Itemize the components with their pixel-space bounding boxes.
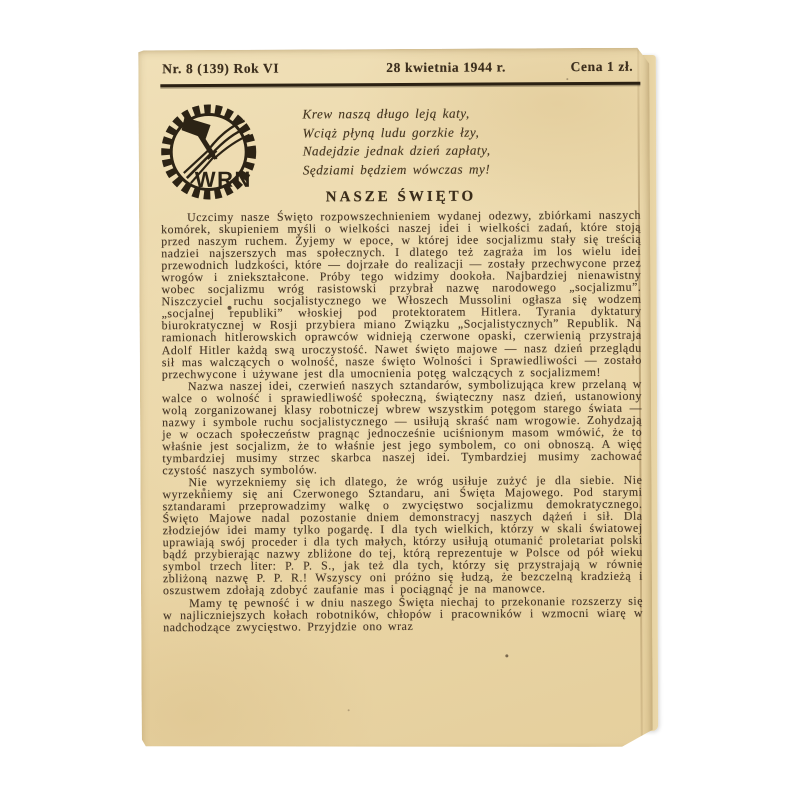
scan-background: Nr. 8 (139) Rok VI 28 kwietnia 1944 r. C… xyxy=(0,0,800,800)
poem-line: Nadejdzie jednak dzień zapłaty, xyxy=(303,142,491,162)
hammer-head-icon xyxy=(182,117,211,139)
article-title: NASZE ŚWIĘTO xyxy=(161,188,641,208)
ink-speck xyxy=(228,306,232,310)
poem-line: Wciąż płyną ludu gorzkie łzy, xyxy=(303,123,491,143)
ink-speck xyxy=(348,709,350,711)
wrn-gear-logo-icon: WRN xyxy=(158,102,259,203)
wrn-emblem: WRN xyxy=(158,102,259,203)
masthead-rule xyxy=(160,82,640,88)
ink-speck xyxy=(505,654,508,657)
poem-line: Sędziami będziem wówczas my! xyxy=(303,160,491,180)
newspaper-page: Nr. 8 (139) Rok VI 28 kwietnia 1944 r. C… xyxy=(138,48,653,750)
article-paragraph: Nazwa naszej idei, czerwień naszych szta… xyxy=(162,377,642,476)
article-body: Uczcimy nasze Święto rozpowszechnieniem … xyxy=(161,209,643,633)
masthead-price: Cena 1 zł. xyxy=(571,59,634,75)
wrn-logo-text: WRN xyxy=(195,167,252,192)
masthead-date: 28 kwietnia 1944 r. xyxy=(386,59,506,76)
ink-speck xyxy=(202,488,205,491)
masthead-issue-number: Nr. 8 (139) Rok VI xyxy=(162,61,279,78)
article-paragraph: Mamy tę pewność i w dniu naszego Święta … xyxy=(163,594,643,633)
article-paragraph: Uczcimy nasze Święto rozpowszechnieniem … xyxy=(161,209,642,380)
article-paragraph: Nie wyrzekniemy się ich dlatego, że wróg… xyxy=(162,474,643,597)
poem-line: Krew naszą długo leją katy, xyxy=(302,104,490,124)
ink-speck xyxy=(566,78,568,80)
motto-poem: Krew naszą długo leją katy, Wciąż płyną … xyxy=(302,104,490,179)
